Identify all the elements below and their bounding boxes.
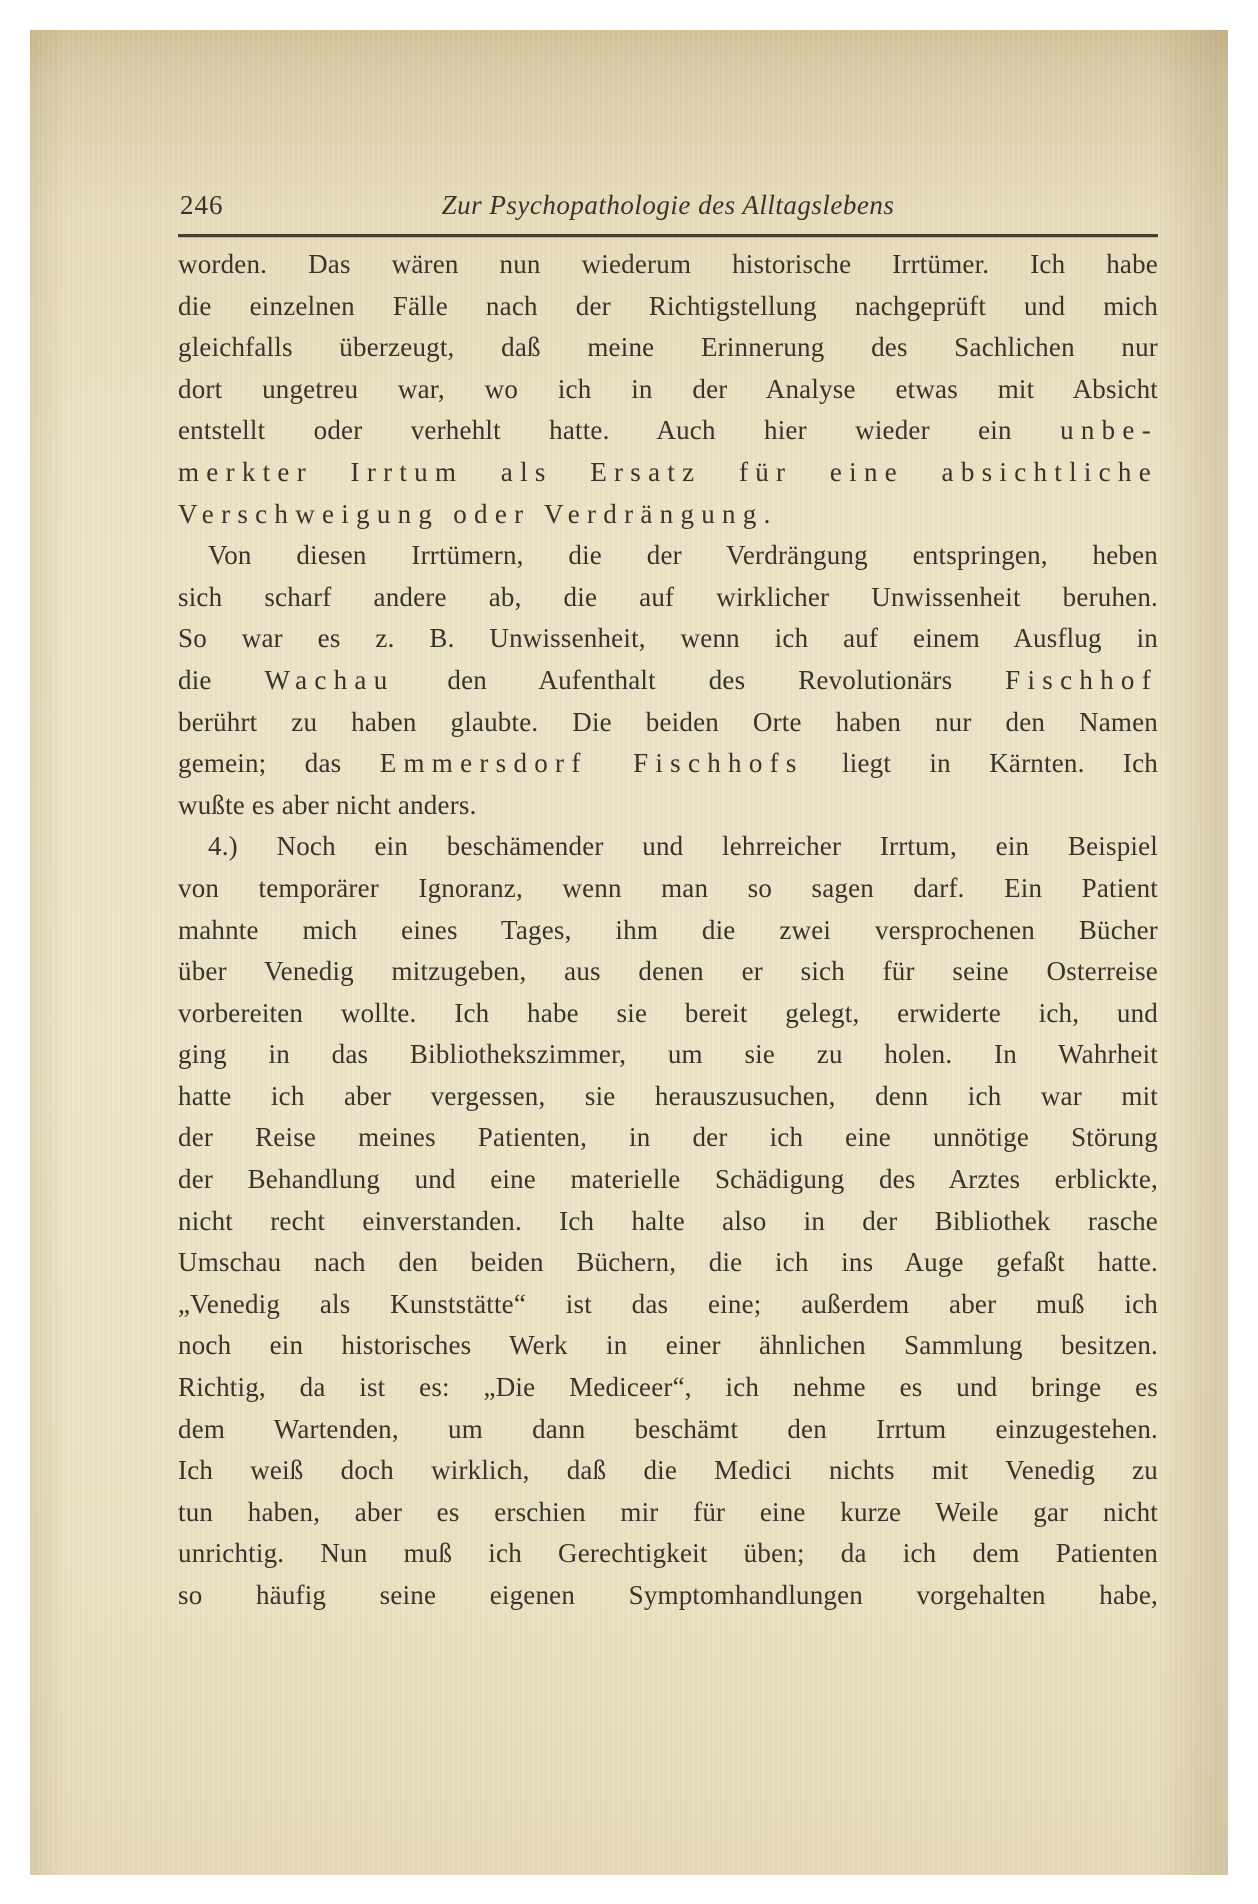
text-line: wußte es aber nicht anders. xyxy=(178,785,1158,827)
text-segment: über Venedig mitzugeben, aus denen er si… xyxy=(178,956,1158,986)
page-number: 246 xyxy=(180,190,224,221)
text-line: die Wachau den Aufenthalt des Revolution… xyxy=(178,660,1158,702)
text-segment: Ich weiß doch wirklich, daß die Medici n… xyxy=(178,1455,1158,1485)
emphasized-spaced-text: unbe- xyxy=(1060,415,1158,445)
text-line: worden. Das wären nun wiederum historisc… xyxy=(178,244,1158,286)
text-line: über Venedig mitzugeben, aus denen er si… xyxy=(178,951,1158,993)
text-line: ging in das Bibliothekszimmer, um sie zu… xyxy=(178,1034,1158,1076)
text-segment: den Aufenthalt des Revolutionärs xyxy=(395,665,1006,695)
text-line: nicht recht einverstanden. Ich halte als… xyxy=(178,1201,1158,1243)
text-line: berührt zu haben glaubte. Die beiden Ort… xyxy=(178,702,1158,744)
page-header: 246 Zur Psychopathologie des Alltagslebe… xyxy=(178,190,1158,237)
running-title: Zur Psychopathologie des Alltagslebens xyxy=(178,190,1158,221)
text-segment: unrichtig. Nun muß ich Gerechtigkeit übe… xyxy=(178,1538,1158,1568)
text-line: vorbereiten wollte. Ich habe sie bereit … xyxy=(178,993,1158,1035)
text-segment: vorbereiten wollte. Ich habe sie bereit … xyxy=(178,998,1158,1028)
text-segment: worden. Das wären nun wiederum historisc… xyxy=(178,249,1158,279)
text-line: der Behandlung und eine materielle Schäd… xyxy=(178,1159,1158,1201)
text-segment: tun haben, aber es erschien mir für eine… xyxy=(178,1497,1158,1527)
text-segment: „Venedig als Kunststätte“ ist das eine; … xyxy=(178,1289,1158,1319)
emphasized-spaced-text: Fischhof xyxy=(1005,665,1158,695)
text-line: so häufig seine eigenen Symptomhandlunge… xyxy=(178,1575,1158,1617)
text-segment: ging in das Bibliothekszimmer, um sie zu… xyxy=(178,1039,1158,1069)
text-line: Verschweigung oder Verdrängung. xyxy=(178,494,1158,536)
text-line: sich scharf andere ab, die auf wirkliche… xyxy=(178,577,1158,619)
text-line: merkter Irrtum als Ersatz für eine absic… xyxy=(178,452,1158,494)
text-segment: der Behandlung und eine materielle Schäd… xyxy=(178,1164,1158,1194)
text-segment: der Reise meines Patienten, in der ich e… xyxy=(178,1122,1158,1152)
text-segment: noch ein historisches Werk in einer ähnl… xyxy=(178,1330,1158,1360)
text-segment: wußte es aber nicht anders. xyxy=(178,790,477,820)
emphasized-spaced-text: Verschweigung oder Verdrängung. xyxy=(178,499,778,529)
text-line: „Venedig als Kunststätte“ ist das eine; … xyxy=(178,1284,1158,1326)
text-segment: berührt zu haben glaubte. Die beiden Ort… xyxy=(178,707,1158,737)
header-row: 246 Zur Psychopathologie des Alltagslebe… xyxy=(178,190,1158,226)
text-line: Umschau nach den beiden Büchern, die ich… xyxy=(178,1242,1158,1284)
paragraph: Von diesen Irrtümern, die der Verdrängun… xyxy=(178,535,1158,826)
text-block: worden. Das wären nun wiederum historisc… xyxy=(178,244,1158,1617)
text-segment: So war es z. B. Unwissenheit, wenn ich a… xyxy=(178,623,1158,653)
text-line: unrichtig. Nun muß ich Gerechtigkeit übe… xyxy=(178,1533,1158,1575)
text-segment: von temporärer Ignoranz, wenn man so sag… xyxy=(178,873,1158,903)
text-segment: die xyxy=(178,665,264,695)
text-segment: so häufig seine eigenen Symptomhandlunge… xyxy=(178,1580,1158,1610)
text-line: gleichfalls überzeugt, daß meine Erinner… xyxy=(178,327,1158,369)
text-segment: hatte ich aber vergessen, sie herauszusu… xyxy=(178,1081,1158,1111)
text-line: von temporärer Ignoranz, wenn man so sag… xyxy=(178,868,1158,910)
text-segment: dem Wartenden, um dann beschämt den Irrt… xyxy=(178,1414,1158,1444)
text-line: tun haben, aber es erschien mir für eine… xyxy=(178,1492,1158,1534)
text-segment: nicht recht einverstanden. Ich halte als… xyxy=(178,1206,1158,1236)
text-segment: Von diesen Irrtümern, die der Verdrängun… xyxy=(208,540,1158,570)
text-segment: mahnte mich eines Tages, ihm die zwei ve… xyxy=(178,915,1158,945)
paragraph: worden. Das wären nun wiederum historisc… xyxy=(178,244,1158,535)
scanned-book-page: 246 Zur Psychopathologie des Alltagslebe… xyxy=(30,30,1228,1875)
text-line: noch ein historisches Werk in einer ähnl… xyxy=(178,1325,1158,1367)
text-line: Ich weiß doch wirklich, daß die Medici n… xyxy=(178,1450,1158,1492)
text-line: hatte ich aber vergessen, sie herauszusu… xyxy=(178,1076,1158,1118)
emphasized-spaced-text: Emmersdorf Fischhofs xyxy=(380,748,804,778)
paragraph: 4.) Noch ein beschämender und lehrreiche… xyxy=(178,826,1158,1616)
emphasized-spaced-text: Wachau xyxy=(264,665,394,695)
text-segment: 4.) Noch ein beschämender und lehrreiche… xyxy=(208,831,1158,861)
text-segment: dort ungetreu war, wo ich in der Analyse… xyxy=(178,374,1158,404)
text-line: die einzelnen Fälle nach der Richtigstel… xyxy=(178,286,1158,328)
text-line: Von diesen Irrtümern, die der Verdrängun… xyxy=(178,535,1158,577)
text-line: gemein; das Emmersdorf Fischhofs liegt i… xyxy=(178,743,1158,785)
text-segment: entstellt oder verhehlt hatte. Auch hier… xyxy=(178,415,1060,445)
text-segment: die einzelnen Fälle nach der Richtigstel… xyxy=(178,291,1158,321)
text-line: entstellt oder verhehlt hatte. Auch hier… xyxy=(178,410,1158,452)
text-segment: gemein; das xyxy=(178,748,380,778)
text-line: der Reise meines Patienten, in der ich e… xyxy=(178,1117,1158,1159)
text-segment: gleichfalls überzeugt, daß meine Erinner… xyxy=(178,332,1158,362)
text-segment: Richtig, da ist es: „Die Mediceer“, ich … xyxy=(178,1372,1158,1402)
text-line: dem Wartenden, um dann beschämt den Irrt… xyxy=(178,1409,1158,1451)
text-segment: liegt in Kärnten. Ich xyxy=(804,748,1158,778)
emphasized-spaced-text: merkter Irrtum als Ersatz für eine absic… xyxy=(178,457,1158,487)
text-line: 4.) Noch ein beschämender und lehrreiche… xyxy=(178,826,1158,868)
text-segment: sich scharf andere ab, die auf wirkliche… xyxy=(178,582,1158,612)
text-line: dort ungetreu war, wo ich in der Analyse… xyxy=(178,369,1158,411)
header-rule xyxy=(178,234,1158,237)
text-segment: Umschau nach den beiden Büchern, die ich… xyxy=(178,1247,1158,1277)
text-line: So war es z. B. Unwissenheit, wenn ich a… xyxy=(178,618,1158,660)
text-line: Richtig, da ist es: „Die Mediceer“, ich … xyxy=(178,1367,1158,1409)
text-line: mahnte mich eines Tages, ihm die zwei ve… xyxy=(178,910,1158,952)
